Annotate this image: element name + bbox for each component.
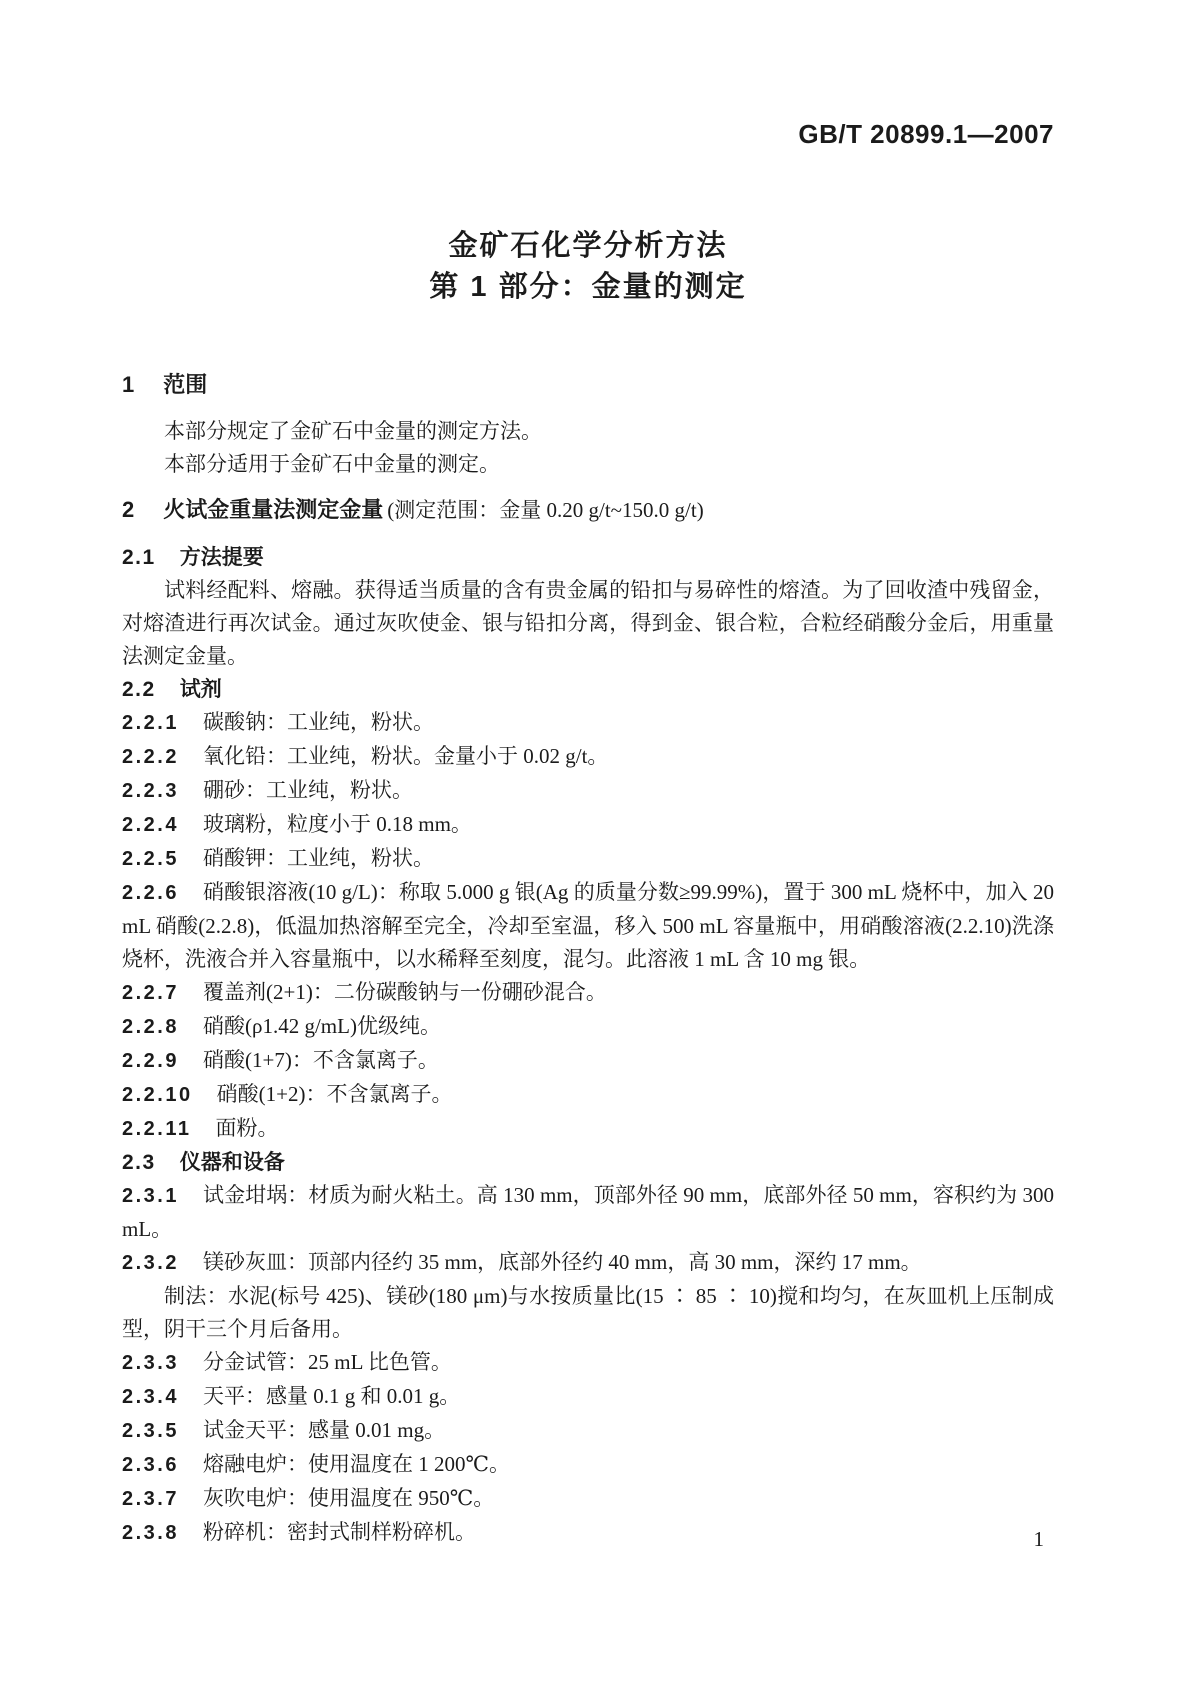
- section-title: 方法提要: [180, 546, 264, 569]
- clause-number: 2.3.3: [122, 1352, 179, 1374]
- clause-number: 2.2.5: [122, 848, 179, 870]
- clause-text: 面粉。: [216, 1116, 279, 1140]
- section-title: 范围: [163, 372, 207, 397]
- section-heading-2.3: 2.3仪器和设备: [122, 1146, 1054, 1179]
- clause-text: 熔融电炉：使用温度在 1 200℃。: [203, 1452, 510, 1476]
- section-heading-2.1: 2.1方法提要: [122, 541, 1054, 574]
- clause-2.3.4: 2.3.4天平：感量 0.1 g 和 0.01 g。: [122, 1380, 1054, 1414]
- paragraph: 本部分规定了金矿石中金量的测定方法。: [122, 415, 1054, 448]
- clause-number: 2.3.4: [122, 1386, 179, 1408]
- clause-text: 硼砂：工业纯，粉状。: [203, 778, 413, 802]
- section-heading-2.2: 2.2试剂: [122, 673, 1054, 706]
- page-number: 1: [1034, 1527, 1045, 1552]
- clause-2.2.8: 2.2.8硝酸(ρ1.42 g/mL)优级纯。: [122, 1010, 1054, 1044]
- clause-2.2.5: 2.2.5硝酸钾：工业纯，粉状。: [122, 842, 1054, 876]
- clause-2.2.10: 2.2.10硝酸(1+2)：不含氯离子。: [122, 1078, 1054, 1112]
- clause-text: 粉碎机：密封式制样粉碎机。: [203, 1520, 476, 1544]
- section-number: 2.1: [122, 546, 156, 569]
- clause-number: 2.2.6: [122, 882, 179, 904]
- clause-text: 硝酸(1+7)：不含氯离子。: [203, 1048, 439, 1072]
- section-title: 火试金重量法测定金量: [163, 497, 383, 522]
- section-heading-2: 2火试金重量法测定金量(测定范围：金量 0.20 g/t~150.0 g/t): [122, 493, 1054, 527]
- clause-2.3.1: 2.3.1试金坩埚：材质为耐火粘土。高 130 mm，顶部外径 90 mm，底部…: [122, 1179, 1054, 1246]
- clause-number: 2.2.10: [122, 1084, 193, 1106]
- clause-2.2.1: 2.2.1碳酸钠：工业纯，粉状。: [122, 706, 1054, 740]
- section-number: 2: [122, 497, 135, 522]
- clause-number: 2.3.5: [122, 1420, 179, 1442]
- section-number: 2.3: [122, 1151, 156, 1174]
- document-page: GB/T 20899.1—2007 金矿石化学分析方法 第 1 部分：金量的测定…: [0, 0, 1191, 1684]
- clause-2.2.7: 2.2.7覆盖剂(2+1)：二份碳酸钠与一份硼砂混合。: [122, 976, 1054, 1010]
- clause-number: 2.2.2: [122, 746, 179, 768]
- clause-text: 玻璃粉，粒度小于 0.18 mm。: [203, 812, 472, 836]
- section-heading-1: 1范围: [122, 368, 1054, 401]
- clause-text: 氧化铅：工业纯，粉状。金量小于 0.02 g/t。: [203, 744, 608, 768]
- clause-number: 2.2.7: [122, 982, 179, 1004]
- clause-2.3.7: 2.3.7灰吹电炉：使用温度在 950℃。: [122, 1482, 1054, 1516]
- clause-2.3.6: 2.3.6熔融电炉：使用温度在 1 200℃。: [122, 1448, 1054, 1482]
- clause-2.3.5: 2.3.5试金天平：感量 0.01 mg。: [122, 1414, 1054, 1448]
- clause-number: 2.3.6: [122, 1454, 179, 1476]
- clause-text: 试金天平：感量 0.01 mg。: [203, 1418, 445, 1442]
- standard-code: GB/T 20899.1—2007: [798, 119, 1054, 150]
- section-heading-suffix: (测定范围：金量 0.20 g/t~150.0 g/t): [387, 498, 703, 522]
- clause-text: 分金试管：25 mL 比色管。: [203, 1350, 452, 1374]
- clause-text: 硝酸(1+2)：不含氯离子。: [217, 1082, 453, 1106]
- clause-2.3.3: 2.3.3分金试管：25 mL 比色管。: [122, 1346, 1054, 1380]
- document-title-line2: 第 1 部分：金量的测定: [122, 267, 1054, 308]
- clause-2.2.9: 2.2.9硝酸(1+7)：不含氯离子。: [122, 1044, 1054, 1078]
- clause-number: 2.3.1: [122, 1185, 179, 1207]
- clause-number: 2.3.7: [122, 1488, 179, 1510]
- clause-number: 2.2.4: [122, 814, 179, 836]
- clause-text: 覆盖剂(2+1)：二份碳酸钠与一份硼砂混合。: [203, 980, 607, 1004]
- clause-text: 镁砂灰皿：顶部内径约 35 mm，底部外径约 40 mm，高 30 mm，深约 …: [203, 1250, 922, 1274]
- clause-number: 2.2.9: [122, 1050, 179, 1072]
- section-number: 2.2: [122, 678, 156, 701]
- clause-number: 2.2.1: [122, 712, 179, 734]
- document-title-line1: 金矿石化学分析方法: [122, 226, 1054, 267]
- clause-text: 灰吹电炉：使用温度在 950℃。: [203, 1486, 494, 1510]
- section-title: 仪器和设备: [180, 1151, 285, 1174]
- clause-text: 天平：感量 0.1 g 和 0.01 g。: [203, 1384, 460, 1408]
- section-number: 1: [122, 372, 135, 397]
- document-title: 金矿石化学分析方法 第 1 部分：金量的测定: [122, 226, 1054, 308]
- clause-2.2.6: 2.2.6硝酸银溶液(10 g/L)：称取 5.000 g 银(Ag 的质量分数…: [122, 876, 1054, 976]
- clause-text: 硝酸(ρ1.42 g/mL)优级纯。: [203, 1014, 441, 1038]
- document-body: 1范围本部分规定了金矿石中金量的测定方法。本部分适用于金矿石中金量的测定。2火试…: [122, 356, 1054, 1550]
- clause-2.3.8: 2.3.8粉碎机：密封式制样粉碎机。: [122, 1516, 1054, 1550]
- clause-2.2.3: 2.2.3硼砂：工业纯，粉状。: [122, 774, 1054, 808]
- clause-2.2.11: 2.2.11面粉。: [122, 1112, 1054, 1146]
- clause-2.2.4: 2.2.4玻璃粉，粒度小于 0.18 mm。: [122, 808, 1054, 842]
- clause-text: 硝酸钾：工业纯，粉状。: [203, 846, 434, 870]
- paragraph: 制法：水泥(标号 425)、镁砂(180 μm)与水按质量比(15 ∶ 85 ∶…: [122, 1280, 1054, 1346]
- clause-number: 2.3.2: [122, 1252, 179, 1274]
- clause-number: 2.3.8: [122, 1522, 179, 1544]
- paragraph: 试料经配料、熔融。获得适当质量的含有贵金属的铅扣与易碎性的熔渣。为了回收渣中残留…: [122, 574, 1054, 673]
- clause-text: 试金坩埚：材质为耐火粘土。高 130 mm，顶部外径 90 mm，底部外径 50…: [122, 1183, 1054, 1241]
- clause-number: 2.2.11: [122, 1118, 192, 1140]
- clause-2.3.2: 2.3.2镁砂灰皿：顶部内径约 35 mm，底部外径约 40 mm，高 30 m…: [122, 1246, 1054, 1280]
- clause-text: 硝酸银溶液(10 g/L)：称取 5.000 g 银(Ag 的质量分数≥99.9…: [122, 880, 1054, 971]
- clause-number: 2.2.3: [122, 780, 179, 802]
- clause-number: 2.2.8: [122, 1016, 179, 1038]
- clause-text: 碳酸钠：工业纯，粉状。: [203, 710, 434, 734]
- paragraph: 本部分适用于金矿石中金量的测定。: [122, 448, 1054, 481]
- section-title: 试剂: [180, 678, 222, 701]
- clause-2.2.2: 2.2.2氧化铅：工业纯，粉状。金量小于 0.02 g/t。: [122, 740, 1054, 774]
